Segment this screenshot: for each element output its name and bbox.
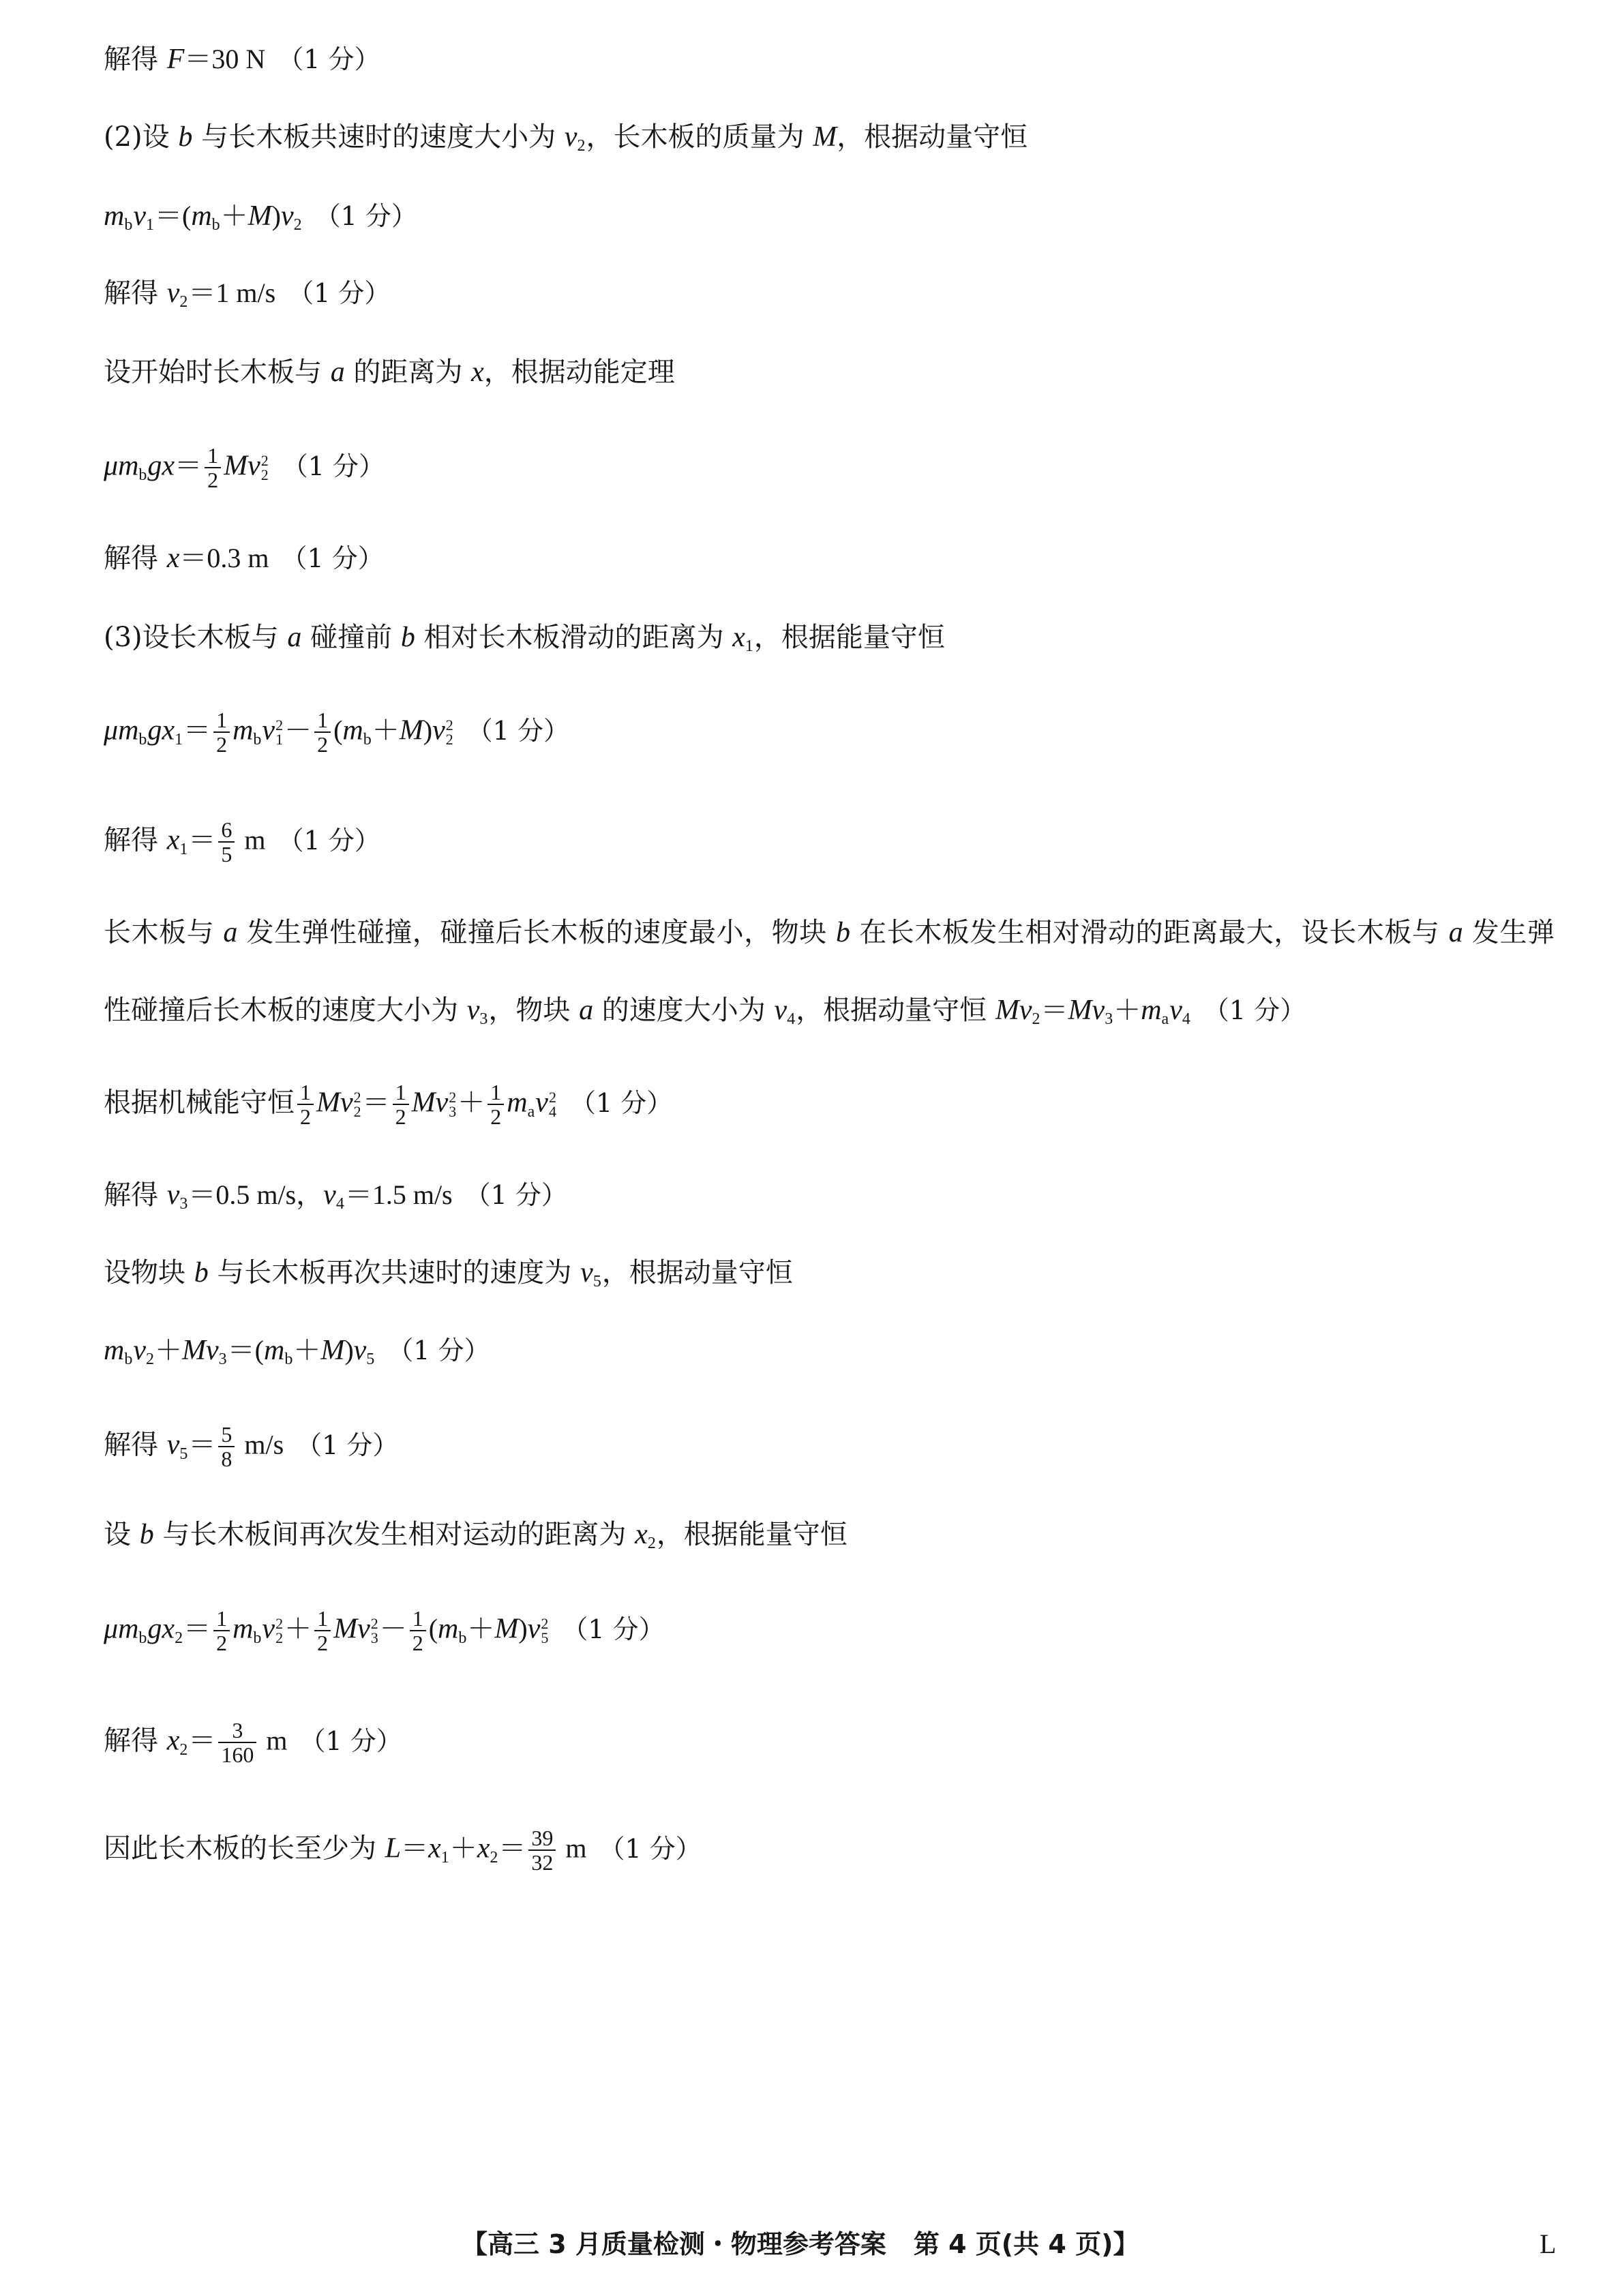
subscript: 3 [1105,1010,1113,1028]
score-mark: （1 分） [277,44,380,74]
subscript: b [124,1350,132,1368]
text-segment: 与长木板共速时的速度大小为 [192,121,564,153]
line-mechanical-energy-equation: 根据机械能守恒12Mv22＝12Mv23＋12mav24（1 分） [104,1081,672,1121]
math-variable: v [133,1335,146,1366]
unit: m [558,1833,586,1864]
math-symbol: ＋ [221,200,248,231]
math-variable: v [323,1179,336,1211]
math-symbol: ) [272,200,281,231]
math-variable: v [167,1179,180,1211]
math-symbol: ＝1 m/s [188,277,275,308]
text-segment: 设 [104,1519,140,1550]
subscript: 3 [479,1010,487,1028]
line-collision-analysis-1: 长木板与 a 发生弹性碰撞，碰撞后长木板的速度最小，物块 b 在长木板发生相对滑… [104,911,1555,952]
text-segment: ，根据动量守恒 [837,121,1027,153]
score-mark: （1 分） [300,1726,402,1756]
math-variable: v [528,1614,541,1645]
line-second-common-velocity-setup: 设物块 b 与长木板再次共速时的速度为 v5，根据动量守恒 [104,1252,793,1293]
fraction: 12 [314,708,331,756]
fraction-numerator: 5 [218,1423,235,1447]
text-segment: 的速度大小为 [593,995,774,1026]
fraction: 3160 [218,1719,256,1766]
math-variable: v [167,1430,180,1461]
text-segment: 发生弹性碰撞，碰撞后长木板的速度最小，物块 [237,917,836,948]
subscript: 1 [146,216,154,234]
subscript: 5 [541,1631,548,1645]
footer-title: 【高三 3 月质量检测・物理参考答案 [462,2229,886,2259]
math-variable: v [535,1087,548,1119]
math-symbol: ＝ [401,1833,428,1864]
text-segment: 解得 [104,44,167,75]
text-segment: ，根据能量守恒 [657,1519,847,1550]
score-mark: （1 分） [599,1834,702,1864]
subscript: a [1162,1010,1169,1028]
superscript: 2 [541,1616,548,1631]
fraction: 12 [487,1081,504,1128]
math-variable: b [836,917,850,948]
subscript: 2 [294,216,302,234]
math-variable: m [264,1335,284,1366]
fraction: 12 [314,1607,331,1655]
fraction-denominator: 2 [314,1631,331,1655]
superscript-subscript: 22 [275,1616,283,1645]
superscript: 2 [275,1616,283,1631]
line-second-relative-distance-setup: 设 b 与长木板间再次发生相对运动的距离为 x2，根据能量守恒 [104,1513,847,1554]
math-variable: m [1141,995,1161,1026]
text-segment: 解得 [104,1725,167,1757]
math-variable: M [248,200,272,232]
subscript: 1 [745,637,753,655]
math-symbol: ＝ [183,1614,211,1644]
math-variable: b [194,1257,209,1288]
fraction-numerator: 1 [297,1081,314,1105]
superscript: 2 [446,718,453,732]
math-variable: b [401,622,415,653]
math-variable: a [287,622,301,653]
text-segment: (3)设长木板与 [104,622,287,653]
line-solve-v5: 解得 v5＝58 m/s（1 分） [104,1423,398,1464]
superscript: 2 [371,1616,378,1631]
superscript-subscript: 25 [541,1616,548,1645]
answer-key-page: 解得 F＝30 N（1 分） (2)设 b 与长木板共速时的速度大小为 v2，长… [0,0,1620,2296]
math-variable: v [354,1335,367,1366]
subscript: 2 [577,137,585,155]
superscript-subscript: 22 [261,453,269,482]
score-mark: （1 分） [288,278,390,308]
line-solve-x1: 解得 x1＝65 m（1 分） [104,818,380,859]
score-mark: （1 分） [282,451,385,481]
fraction: 12 [213,1607,230,1655]
text-segment: ，根据能量守恒 [754,622,945,653]
math-variable: a [223,917,237,948]
unit: m [259,1725,287,1756]
fraction-denominator: 2 [213,733,230,756]
text-segment: ，根据动量守恒 [796,995,995,1026]
fraction-numerator: 1 [213,708,230,733]
subscript: 2 [648,1535,656,1552]
score-mark: （1 分） [282,543,384,573]
math-variable: x [635,1519,648,1550]
line-solve-v2: 解得 v2＝1 m/s（1 分） [104,272,390,313]
text-segment: 相对长木板滑动的距离为 [415,622,732,653]
fraction-denominator: 5 [218,843,235,866]
fraction-denominator: 2 [487,1105,504,1128]
math-variable: m [232,1614,253,1645]
subscript: b [212,216,220,234]
math-symbol: ＝( [155,200,191,231]
line-momentum-equation-1: mbv1＝(mb＋M)v2（1 分） [104,195,417,236]
score-mark: （1 分） [315,201,417,231]
fraction-denominator: 2 [205,468,221,492]
subscript: b [138,466,147,484]
line-solve-v3-v4: 解得 v3＝0.5 m/s，v4＝1.5 m/s（1 分） [104,1174,567,1215]
text-segment: 长木板与 [104,917,223,948]
math-variable: v [1169,995,1182,1026]
text-segment: 性碰撞后长木板的速度大小为 [104,995,467,1026]
score-mark: （1 分） [278,826,380,856]
math-variable: m [507,1087,527,1119]
subscript: 5 [179,1445,187,1463]
math-symbol: － [284,715,312,746]
fraction-denominator: 2 [213,1631,230,1655]
math-symbol: ) [423,715,432,746]
subscript: 4 [1182,1010,1190,1028]
text-segment: 碰撞前 [301,622,400,653]
text-segment: 发生弹 [1463,917,1555,948]
score-mark: （1 分） [296,1430,398,1460]
math-variable: gx [147,715,175,746]
superscript: 2 [449,1090,456,1104]
subscript: 4 [787,1010,795,1028]
fraction-numerator: 1 [410,1607,426,1631]
math-symbol: ＋ [450,1833,477,1864]
subscript: b [363,731,372,749]
subscript: 2 [275,1631,283,1645]
fraction-denominator: 2 [314,733,331,756]
score-mark: （1 分） [387,1335,490,1365]
text-segment: 设物块 [104,1257,194,1288]
fraction-denominator: 2 [297,1105,314,1128]
math-variable: m [191,200,211,232]
unit: m [237,825,265,856]
math-symbol: ＝ [363,1087,390,1118]
math-variable: gx [147,451,175,482]
math-symbol: ＋ [467,1614,494,1644]
math-variable: x [428,1833,441,1864]
text-segment: 解得 [104,543,167,574]
text-segment: 解得 [104,825,167,856]
fraction: 12 [393,1081,409,1128]
text-segment: 的距离为 [345,357,471,388]
fraction-numerator: 39 [528,1826,556,1851]
subscript: 5 [366,1350,374,1368]
math-symbol: ＋ [293,1335,320,1365]
fraction: 12 [205,444,221,492]
math-variable: gx [147,1614,175,1645]
math-variable: v [775,995,787,1026]
math-variable: m [104,200,124,232]
math-variable: μm [104,451,138,482]
fraction: 12 [297,1081,314,1128]
line-energy-equation-2: μmbgx2＝12mbv22＋12Mv23－12(mb＋M)v25（1 分） [104,1607,665,1648]
math-variable: m [342,715,363,746]
subscript: 1 [441,1849,449,1867]
math-variable: a [1449,917,1463,948]
math-variable: v [565,121,577,153]
math-variable: m [104,1335,124,1366]
subscript: 3 [219,1350,227,1368]
math-variable: b [178,121,192,153]
math-variable: Mv [1068,995,1105,1026]
math-variable: Mv [995,995,1032,1026]
math-variable: M [320,1335,344,1366]
score-mark: （1 分） [562,1614,664,1644]
math-symbol: ＝ [188,1725,215,1756]
text-segment: 与长木板间再次发生相对运动的距离为 [154,1519,635,1550]
text-segment: 在长木板发生相对滑动的距离最大，设长木板与 [850,917,1449,948]
fraction-numerator: 1 [213,1607,230,1631]
fraction: 65 [218,818,235,866]
subscript: b [138,1629,147,1647]
subscript: b [138,731,147,749]
math-variable: b [140,1519,154,1550]
math-symbol: ＋ [457,1087,485,1118]
fraction-numerator: 1 [314,1607,331,1631]
score-mark: （1 分） [570,1088,672,1118]
math-variable: L [385,1833,401,1864]
subscript: 3 [371,1631,378,1645]
subscript: b [458,1629,466,1647]
math-variable: μm [104,1614,138,1645]
score-mark: （1 分） [465,1180,567,1210]
math-symbol: ＝ [175,451,202,481]
line-momentum-equation-2: mbv2＋Mv3＝(mb＋M)v5（1 分） [104,1329,490,1370]
subscript: 1 [275,732,283,746]
math-variable: m [232,715,253,746]
fraction-denominator: 32 [528,1851,556,1874]
text-segment: 根据机械能守恒 [104,1087,295,1119]
fraction: 58 [218,1423,235,1470]
math-variable: x [167,1725,180,1757]
text-segment: ，长木板的质量为 [586,121,813,153]
fraction: 3932 [528,1826,556,1874]
fraction-numerator: 1 [205,444,221,468]
score-mark: （1 分） [467,716,569,746]
math-symbol: ＝0.5 m/s， [188,1179,323,1210]
fraction-denominator: 2 [410,1631,426,1655]
math-variable: v [467,995,480,1026]
superscript-subscript: 22 [446,718,453,746]
subscript: b [253,1629,261,1647]
math-symbol: ) [518,1614,527,1644]
line-distance-setup: 设开始时长木板与 a 的距离为 x，根据动能定理 [104,351,675,392]
fraction-denominator: 160 [218,1743,256,1766]
math-variable: v [432,715,445,746]
math-variable: Mv [182,1335,219,1366]
math-variable: v [133,200,146,232]
line-part3-setup: (3)设长木板与 a 碰撞前 b 相对长木板滑动的距离为 x1，根据能量守恒 [104,616,945,657]
math-symbol: ＝30 N [184,44,265,74]
math-variable: v [580,1257,593,1288]
math-symbol: ) [344,1335,353,1365]
math-variable: v [262,715,275,746]
line-solve-force: 解得 F＝30 N（1 分） [104,38,380,79]
subscript: 4 [336,1195,344,1213]
fraction-numerator: 6 [218,818,235,843]
page-footer: 【高三 3 月质量检测・物理参考答案第 4 页(共 4 页)】 [462,2226,1139,2262]
math-symbol: ＝ [188,825,215,856]
superscript-subscript: 21 [275,718,283,746]
subscript: 3 [179,1195,187,1213]
subscript: 1 [175,731,183,749]
math-variable: Mv [224,451,260,482]
math-variable: a [331,357,345,388]
footer-page-info: 第 4 页(共 4 页)】 [914,2229,1139,2259]
fraction-numerator: 3 [218,1719,256,1743]
line-work-energy-equation: μmbgx＝12Mv22（1 分） [104,444,385,485]
fraction-numerator: 1 [487,1081,504,1105]
line-part2-setup: (2)设 b 与长木板共速时的速度大小为 v2，长木板的质量为 M，根据动量守恒 [104,116,1027,157]
text-segment: 解得 [104,1430,167,1461]
subscript: 5 [593,1273,601,1290]
math-variable: Mv [333,1614,370,1645]
line-solve-x: 解得 x＝0.3 m（1 分） [104,537,384,578]
text-segment: ，根据动能定理 [484,357,675,388]
fraction-numerator: 1 [393,1081,409,1105]
corner-mark: L [1540,2226,1556,2262]
text-segment: 因此长木板的长至少为 [104,1833,385,1864]
superscript: 2 [275,718,283,732]
math-symbol: ＝( [228,1335,264,1365]
math-variable: M [494,1614,518,1645]
unit: m/s [237,1430,284,1460]
math-variable: x [477,1833,490,1864]
math-symbol: ＋ [284,1614,312,1644]
text-segment: ，物块 [488,995,579,1026]
math-symbol: ＋ [155,1335,182,1365]
subscript: 2 [490,1849,498,1867]
superscript: 2 [261,453,269,468]
fraction-denominator: 8 [218,1447,235,1470]
superscript-subscript: 23 [449,1090,456,1119]
math-variable: m [438,1614,458,1645]
subscript: b [253,731,261,749]
superscript: 2 [549,1090,556,1104]
math-variable: v [262,1614,275,1645]
math-variable: v [167,277,180,309]
math-variable: x [167,825,180,856]
subscript: b [284,1350,292,1368]
subscript: 2 [446,732,453,746]
superscript: 2 [354,1090,361,1104]
math-variable: x [732,622,745,653]
fraction-numerator: 1 [314,708,331,733]
math-symbol: ＝1.5 m/s [345,1179,453,1210]
subscript: 2 [354,1104,361,1119]
math-symbol: ＝0.3 m [179,543,269,573]
line-energy-equation-1: μmbgx1＝12mbv21－12(mb＋M)v22（1 分） [104,708,569,749]
line-solve-x2: 解得 x2＝3160 m（1 分） [104,1719,402,1759]
subscript: 4 [549,1104,556,1119]
math-symbol: ( [333,715,342,746]
fraction: 12 [213,708,230,756]
fraction: 12 [410,1607,426,1655]
math-symbol: ＋ [1113,995,1141,1025]
text-segment: ，根据动量守恒 [602,1257,793,1288]
superscript-subscript: 23 [371,1616,378,1645]
subscript: 2 [146,1350,154,1368]
subscript: b [124,216,132,234]
fraction-denominator: 2 [393,1105,409,1128]
subscript: 2 [179,293,187,311]
text-segment: 解得 [104,1179,167,1211]
math-symbol: － [380,1614,407,1644]
subscript: a [528,1103,535,1121]
text-segment: 设开始时长木板与 [104,357,331,388]
subscript: 1 [179,841,187,858]
text-segment: (2)设 [104,121,178,153]
math-variable: Mv [412,1087,449,1119]
math-variable: v [281,200,294,232]
math-symbol: ＝ [183,715,211,746]
math-variable: x [471,357,484,388]
math-variable: μm [104,715,138,746]
line-board-length-conclusion: 因此长木板的长至少为 L＝x1＋x2＝3932 m（1 分） [104,1826,702,1867]
math-symbol: ( [429,1614,438,1644]
subscript: 2 [175,1629,183,1647]
math-variable: x [167,543,180,574]
math-variable: M [400,715,423,746]
math-variable: F [167,44,185,75]
score-mark: （1 分） [1203,995,1306,1025]
math-symbol: ＝ [498,1833,526,1864]
subscript: 2 [179,1741,187,1759]
math-symbol: ＝ [188,1430,215,1460]
subscript: 2 [261,468,269,482]
math-variable: a [579,995,593,1026]
superscript-subscript: 24 [549,1090,556,1119]
subscript: 2 [1032,1010,1040,1028]
subscript: 3 [449,1104,456,1119]
text-segment: 解得 [104,277,167,309]
math-variable: Mv [316,1087,353,1119]
superscript-subscript: 22 [354,1090,361,1119]
math-symbol: ＋ [372,715,400,746]
math-variable: M [813,121,837,153]
text-segment: 与长木板再次共速时的速度为 [209,1257,580,1288]
math-symbol: ＝ [1041,995,1068,1025]
line-collision-analysis-2: 性碰撞后长木板的速度大小为 v3，物块 a 的速度大小为 v4，根据动量守恒 M… [104,989,1306,1030]
